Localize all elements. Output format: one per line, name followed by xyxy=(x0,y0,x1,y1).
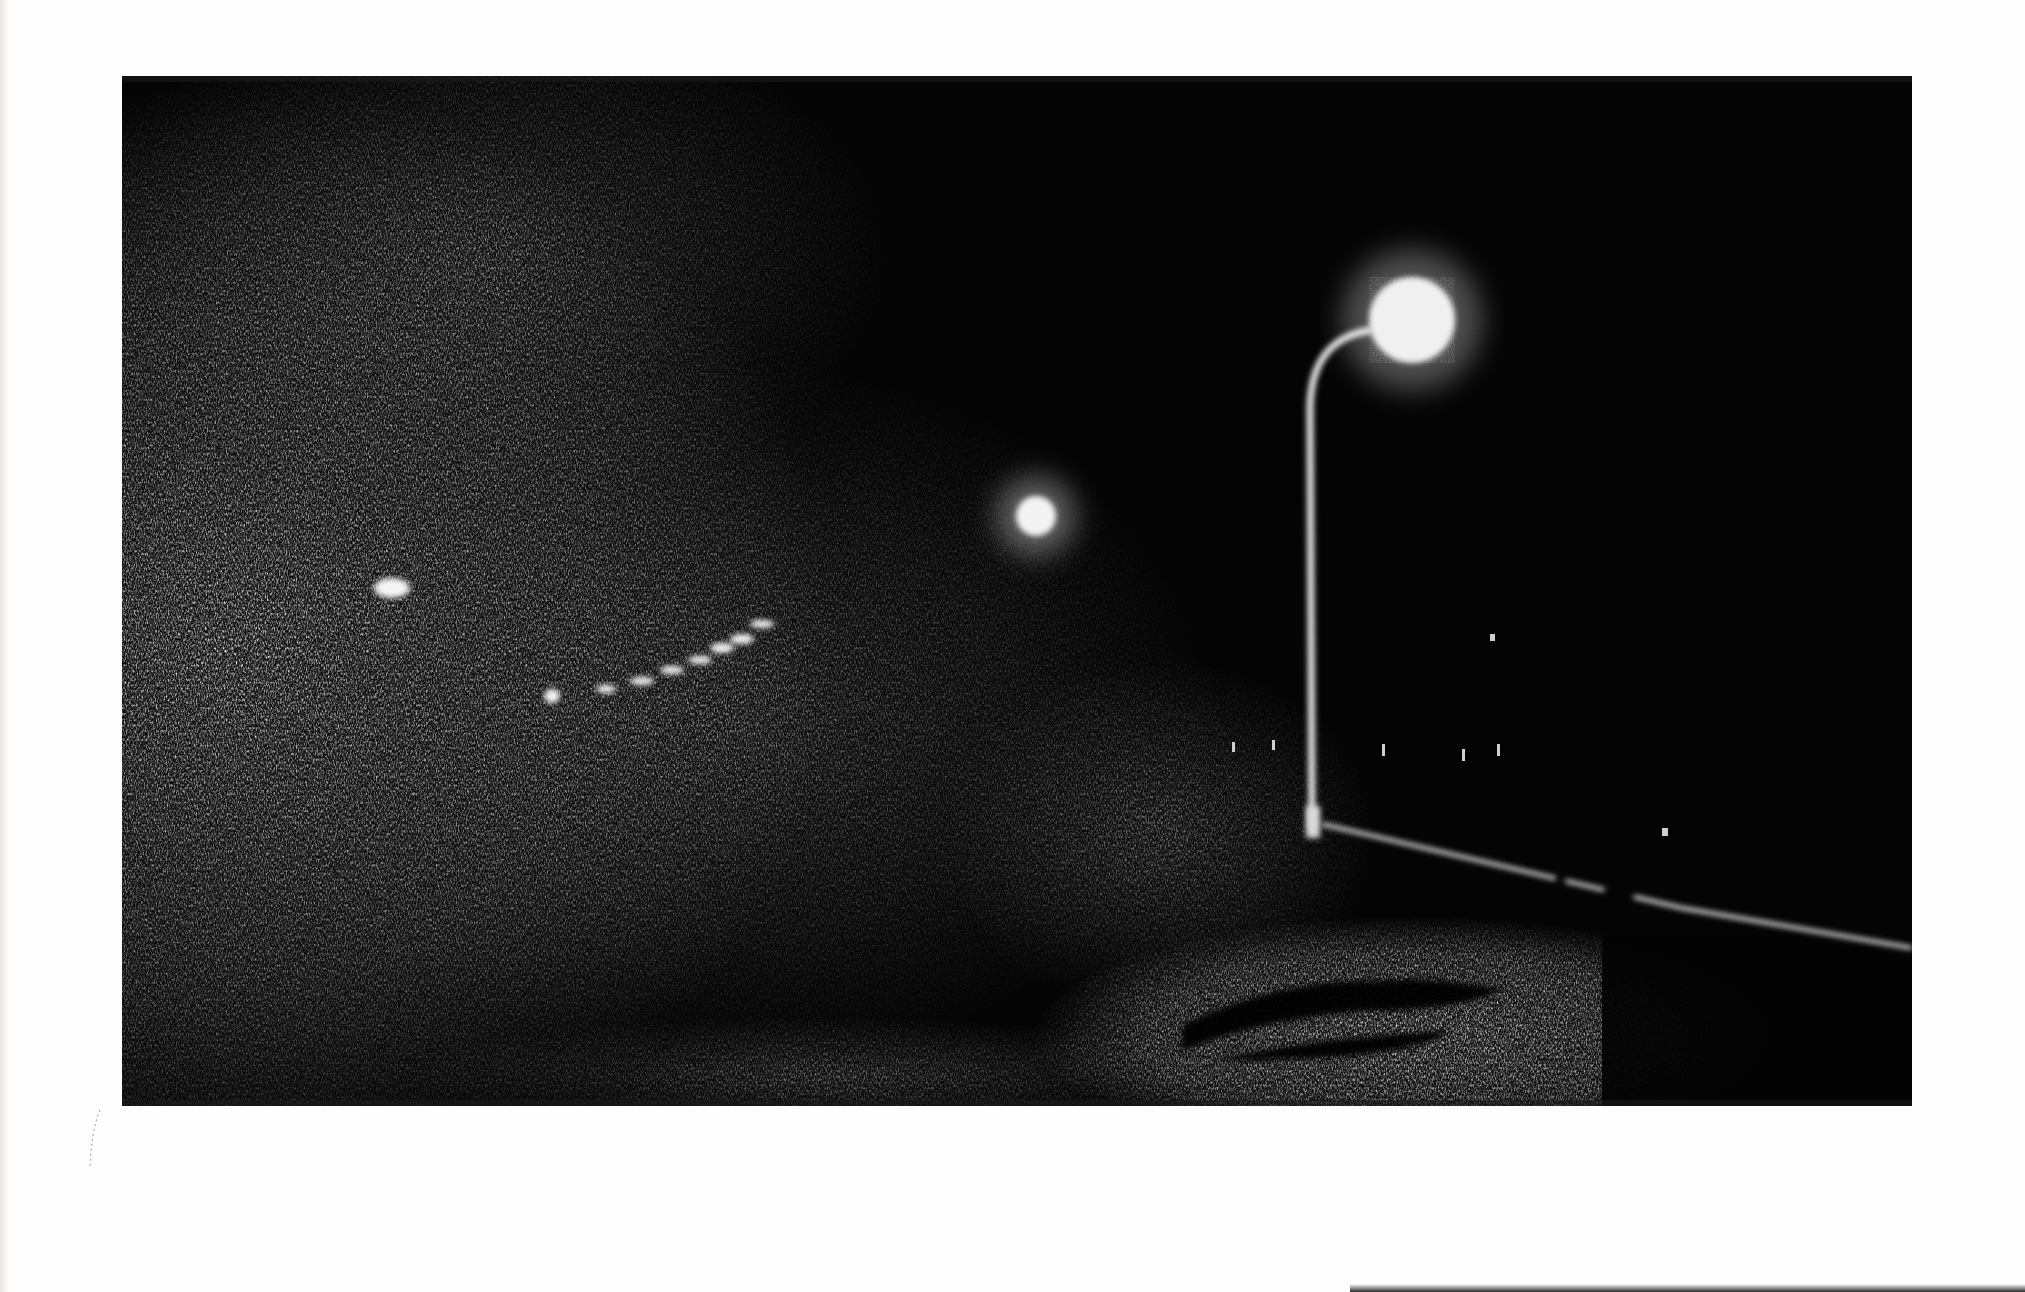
night-street-photo xyxy=(122,76,1912,1106)
page-bottom-shadow xyxy=(1350,1284,2025,1292)
page-binding-edge xyxy=(0,0,8,1292)
scanned-page xyxy=(0,0,2025,1292)
scan-artifact-mark xyxy=(86,1108,106,1168)
street-lamp-distant xyxy=(996,476,1076,556)
